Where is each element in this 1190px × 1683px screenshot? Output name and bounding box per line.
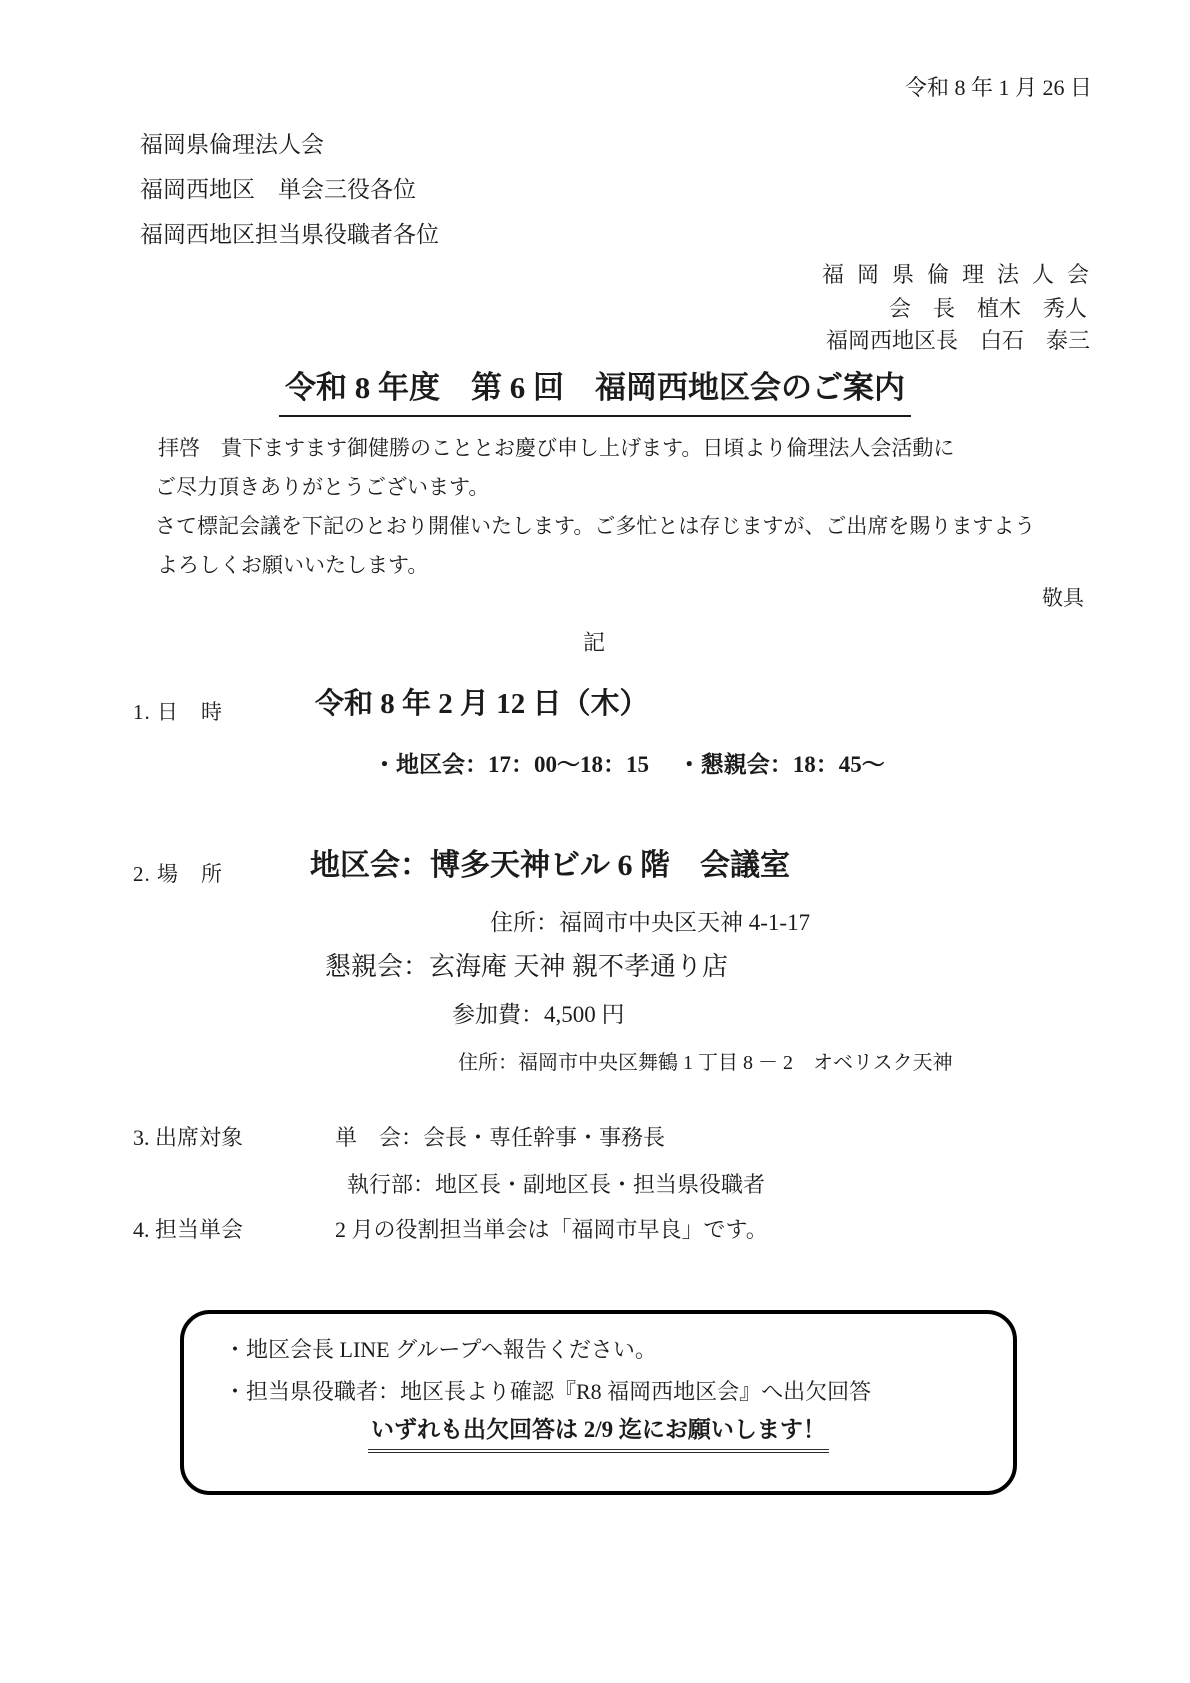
item-attendees-label: 3. 出席対象 bbox=[133, 1124, 243, 1152]
document-title: 令和 8 年度 第 6 回 福岡西地区会のご案内 bbox=[279, 369, 911, 417]
item-duty-value: 2 月の役割担当単会は「福岡市早良」です。 bbox=[335, 1216, 768, 1244]
item-duty-label: 4. 担当単会 bbox=[133, 1216, 243, 1244]
document-date: 令和 8 年 1 月 26 日 bbox=[905, 74, 1092, 102]
greeting-line-2: ご尽力頂きありがとうございます。 bbox=[155, 474, 489, 500]
closing-word: 敬具 bbox=[1042, 585, 1084, 611]
sender-chairman: 会 長 植木 秀人 bbox=[889, 295, 1087, 323]
greeting-line-1: 拝啓 貴下ますます御健勝のこととお慶び申し上げます。日頃より倫理法人会活動に bbox=[158, 435, 954, 461]
item-attendees-value-2: 執行部：地区長・副地区長・担当県役職者 bbox=[347, 1171, 765, 1199]
notice-deadline: いずれも出欠回答は 2/9 迄にお願いします！ bbox=[368, 1416, 829, 1453]
document-page: 令和 8 年 1 月 26 日 福岡県倫理法人会 福岡西地区 単会三役各位 福岡… bbox=[0, 0, 1190, 1683]
notice-deadline-row: いずれも出欠回答は 2/9 迄にお願いします！ bbox=[184, 1416, 1013, 1453]
item-datetime-times: ・地区会：17：00～18：15 ・懇親会：18：45～ bbox=[373, 751, 885, 780]
item-datetime-value: 令和 8 年 2 月 12 日（木） bbox=[315, 686, 649, 722]
notice-box: ・地区会長 LINE グループへ報告ください。 ・担当県役職者：地区長より確認『… bbox=[180, 1310, 1017, 1495]
sender-organization: 福岡県倫理法人会 bbox=[822, 261, 1102, 289]
document-title-row: 令和 8 年度 第 6 回 福岡西地区会のご案内 bbox=[0, 369, 1190, 417]
item-place-address: 住所：福岡市中央区天神 4-1-17 bbox=[490, 909, 810, 938]
item-place-party-fee: 参加費：4,500 円 bbox=[452, 1001, 625, 1030]
item-datetime-label: 1. 日 時 bbox=[133, 699, 223, 725]
addressee-prefecture-officers: 福岡西地区担当県役職者各位 bbox=[140, 221, 439, 250]
item-place-value: 地区会：博多天神ビル 6 階 会議室 bbox=[310, 847, 790, 885]
item-place-party-venue: 懇親会：玄海庵 天神 親不孝通り店 bbox=[325, 951, 728, 984]
notice-line-rsvp: ・担当県役職者：地区長より確認『R8 福岡西地区会』へ出欠回答 bbox=[224, 1378, 871, 1406]
notice-line-report: ・地区会長 LINE グループへ報告ください。 bbox=[224, 1336, 657, 1364]
item-place-party-address: 住所：福岡市中央区舞鶴 1 丁目 8 － 2 オベリスク天神 bbox=[458, 1051, 953, 1076]
greeting-line-3: さて標記会議を下記のとおり開催いたします。ご多忙とは存じますが、ご出席を賜ります… bbox=[155, 513, 1035, 539]
greeting-line-4: よろしくお願いいたします。 bbox=[157, 552, 428, 578]
addressee-organization: 福岡県倫理法人会 bbox=[140, 131, 324, 160]
item-attendees-value: 単 会：会長・専任幹事・事務長 bbox=[335, 1124, 665, 1152]
addressee-district-officers: 福岡西地区 単会三役各位 bbox=[140, 176, 416, 205]
sender-district-head: 福岡西地区長 白石 泰三 bbox=[826, 327, 1090, 355]
item-place-label: 2. 場 所 bbox=[133, 861, 223, 887]
record-mark: 記 bbox=[0, 629, 1190, 657]
